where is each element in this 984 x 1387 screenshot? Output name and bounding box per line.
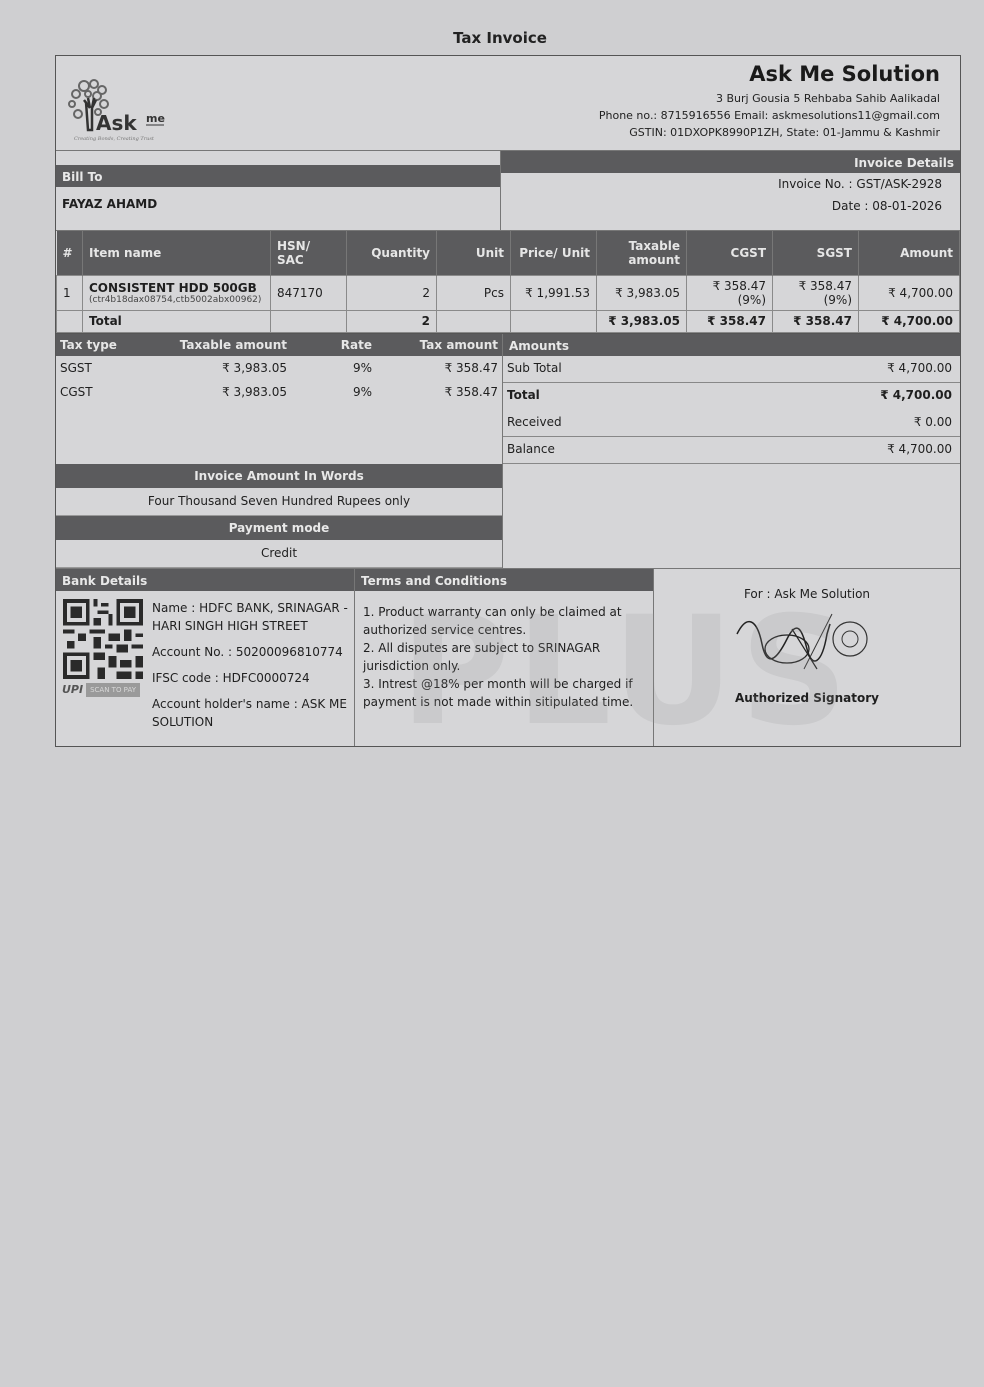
grand-total-label: Total bbox=[507, 388, 540, 405]
col-taxable: Taxable amount bbox=[597, 231, 687, 275]
bill-to-label: Bill To bbox=[56, 165, 500, 187]
item-name: CONSISTENT HDD 500GB bbox=[89, 281, 264, 295]
item-serials: (ctr4b18dax08754,ctb5002abx00962) bbox=[89, 295, 264, 305]
tax-spacer bbox=[56, 404, 502, 460]
tax-rate: 9% bbox=[291, 356, 376, 380]
document-title: Tax Invoice bbox=[0, 29, 984, 47]
company-info: Ask Me Solution 3 Burj Gousia 5 Rehbaba … bbox=[599, 62, 940, 141]
invoice-number: Invoice No. : GST/ASK-2928 bbox=[501, 173, 960, 195]
for-company-line: For : Ask Me Solution bbox=[654, 587, 960, 601]
blank-panel bbox=[503, 464, 960, 568]
amount-words-value: Four Thousand Seven Hundred Rupees only bbox=[56, 488, 502, 516]
words-payment-section: Invoice Amount In Words Four Thousand Se… bbox=[56, 464, 960, 568]
sub-total-row: Sub Total ₹ 4,700.00 bbox=[503, 356, 960, 383]
table-row: SGST ₹ 3,983.05 9% ₹ 358.47 bbox=[56, 356, 502, 380]
sgst-rate: (9%) bbox=[779, 293, 852, 307]
amounts-panel: Amounts Sub Total ₹ 4,700.00 Total ₹ 4,7… bbox=[503, 334, 960, 464]
total-taxable: ₹ 3,983.05 bbox=[597, 310, 687, 332]
bank-details-panel: Bank Details bbox=[56, 569, 355, 746]
terms-item-2: 2. All disputes are subject to SRINAGAR … bbox=[363, 639, 645, 675]
row-item-name: CONSISTENT HDD 500GB (ctr4b18dax08754,ct… bbox=[83, 275, 271, 310]
row-sgst: ₹ 358.47 (9%) bbox=[773, 275, 859, 310]
col-quantity: Quantity bbox=[347, 231, 437, 275]
bill-to-name: FAYAZ AHAMD bbox=[56, 187, 500, 221]
row-taxable: ₹ 3,983.05 bbox=[597, 275, 687, 310]
tax-amounts-section: Tax type Taxable amount Rate Tax amount … bbox=[56, 333, 960, 464]
signatory-panel: For : Ask Me Solution Authorized Signato… bbox=[654, 569, 960, 746]
total-empty-cell bbox=[437, 310, 511, 332]
tax-taxable: ₹ 3,983.05 bbox=[156, 380, 291, 404]
terms-panel: Terms and Conditions 1. Product warranty… bbox=[355, 569, 654, 746]
items-table: # Item name HSN/ SAC Quantity Unit Price… bbox=[56, 231, 960, 333]
scan-to-pay-label: SCAN TO PAY bbox=[86, 683, 140, 697]
total-quantity: 2 bbox=[347, 310, 437, 332]
tax-col-taxable: Taxable amount bbox=[156, 334, 291, 356]
tax-rate: 9% bbox=[291, 380, 376, 404]
col-unit: Unit bbox=[437, 231, 511, 275]
company-name: Ask Me Solution bbox=[599, 62, 940, 86]
authorized-signatory-label: Authorized Signatory bbox=[654, 691, 960, 705]
invoice-date: Date : 08-01-2026 bbox=[501, 195, 960, 217]
terms-label: Terms and Conditions bbox=[355, 569, 653, 591]
total-empty-cell bbox=[271, 310, 347, 332]
received-label: Received bbox=[507, 415, 562, 431]
total-empty-cell bbox=[511, 310, 597, 332]
bank-ifsc: IFSC code : HDFC0000724 bbox=[152, 669, 348, 687]
table-row: CGST ₹ 3,983.05 9% ₹ 358.47 bbox=[56, 380, 502, 404]
bank-account-no: Account No. : 50200096810774 bbox=[152, 643, 348, 661]
col-amount: Amount bbox=[859, 231, 960, 275]
bank-holder: Account holder's name : ASK ME SOLUTION bbox=[152, 695, 348, 731]
svg-text:Creating Bonds, Creating Trust: Creating Bonds, Creating Trust bbox=[74, 136, 155, 142]
col-hsn: HSN/ SAC bbox=[271, 231, 347, 275]
total-row: Total 2 ₹ 3,983.05 ₹ 358.47 ₹ 358.47 ₹ 4… bbox=[57, 310, 960, 332]
sub-total-value: ₹ 4,700.00 bbox=[887, 361, 952, 377]
row-cgst: ₹ 358.47 (9%) bbox=[687, 275, 773, 310]
payment-mode-value: Credit bbox=[56, 540, 502, 568]
upi-qr[interactable]: UPI SCAN TO PAY bbox=[62, 599, 144, 739]
company-logo: Ask me Creating Bonds, Creating Trust bbox=[64, 78, 174, 143]
words-payment-panel: Invoice Amount In Words Four Thousand Se… bbox=[56, 464, 503, 568]
sub-total-label: Sub Total bbox=[507, 361, 562, 377]
sgst-amount: ₹ 358.47 bbox=[779, 279, 852, 293]
upi-badge: UPI SCAN TO PAY bbox=[62, 683, 144, 697]
invoice-details-label: Invoice Details bbox=[501, 151, 960, 173]
cgst-rate: (9%) bbox=[693, 293, 766, 307]
row-quantity: 2 bbox=[347, 275, 437, 310]
row-price-unit: ₹ 1,991.53 bbox=[511, 275, 597, 310]
total-cgst: ₹ 358.47 bbox=[687, 310, 773, 332]
balance-label: Balance bbox=[507, 442, 555, 458]
terms-item-3: 3. Intrest @18% per month will be charge… bbox=[363, 675, 645, 711]
company-address: 3 Burj Gousia 5 Rehbaba Sahib Aalikadal bbox=[599, 90, 940, 107]
svg-text:Ask: Ask bbox=[96, 111, 137, 135]
col-price-unit: Price/ Unit bbox=[511, 231, 597, 275]
company-contact: Phone no.: 8715916556 Email: askmesoluti… bbox=[599, 107, 940, 124]
tax-type: SGST bbox=[56, 356, 156, 380]
total-label: Total bbox=[83, 310, 271, 332]
invoice-details-panel: Invoice Details Invoice No. : GST/ASK-29… bbox=[501, 151, 960, 230]
payment-mode-label: Payment mode bbox=[56, 516, 502, 540]
col-sgst: SGST bbox=[773, 231, 859, 275]
bill-invoice-section: Bill To FAYAZ AHAMD Invoice Details Invo… bbox=[56, 151, 960, 231]
row-index: 1 bbox=[57, 275, 83, 310]
balance-value: ₹ 4,700.00 bbox=[887, 442, 952, 458]
bank-details-label: Bank Details bbox=[56, 569, 354, 591]
bank-info: Name : HDFC BANK, SRINAGAR - HARI SINGH … bbox=[152, 599, 348, 739]
received-row: Received ₹ 0.00 bbox=[503, 410, 960, 437]
terms-item-1: 1. Product warranty can only be claimed … bbox=[363, 603, 645, 639]
col-cgst: CGST bbox=[687, 231, 773, 275]
qr-code-icon bbox=[62, 599, 144, 679]
grand-total-value: ₹ 4,700.00 bbox=[880, 388, 952, 405]
svg-text:me: me bbox=[146, 112, 165, 125]
table-row: 1 CONSISTENT HDD 500GB (ctr4b18dax08754,… bbox=[57, 275, 960, 310]
row-hsn: 847170 bbox=[271, 275, 347, 310]
signature-stamp-icon bbox=[732, 609, 882, 679]
items-header-row: # Item name HSN/ SAC Quantity Unit Price… bbox=[57, 231, 960, 275]
row-unit: Pcs bbox=[437, 275, 511, 310]
total-empty-cell bbox=[57, 310, 83, 332]
total-sgst: ₹ 358.47 bbox=[773, 310, 859, 332]
grand-total-row: Total ₹ 4,700.00 bbox=[503, 383, 960, 410]
invoice-footer: Bank Details bbox=[56, 568, 960, 746]
tree-hand-logo-icon: Ask me Creating Bonds, Creating Trust bbox=[64, 78, 174, 143]
bank-name: Name : HDFC BANK, SRINAGAR - HARI SINGH … bbox=[152, 599, 348, 635]
balance-row: Balance ₹ 4,700.00 bbox=[503, 437, 960, 464]
tax-table: Tax type Taxable amount Rate Tax amount … bbox=[56, 334, 502, 460]
invoice-sheet: Ask me Creating Bonds, Creating Trust As… bbox=[55, 55, 961, 747]
col-index: # bbox=[57, 231, 83, 275]
tax-amount: ₹ 358.47 bbox=[376, 356, 502, 380]
tax-type: CGST bbox=[56, 380, 156, 404]
invoice-header: Ask me Creating Bonds, Creating Trust As… bbox=[56, 56, 960, 151]
col-item-name: Item name bbox=[83, 231, 271, 275]
tax-summary: Tax type Taxable amount Rate Tax amount … bbox=[56, 334, 503, 464]
company-gstin: GSTIN: 01DXOPK8990P1ZH, State: 01-Jammu … bbox=[599, 124, 940, 141]
tax-taxable: ₹ 3,983.05 bbox=[156, 356, 291, 380]
tax-col-amount: Tax amount bbox=[376, 334, 502, 356]
total-amount: ₹ 4,700.00 bbox=[859, 310, 960, 332]
amounts-label: Amounts bbox=[503, 334, 960, 356]
upi-logo: UPI bbox=[62, 683, 83, 696]
bill-to-panel: Bill To FAYAZ AHAMD bbox=[56, 151, 501, 230]
tax-amount: ₹ 358.47 bbox=[376, 380, 502, 404]
received-value: ₹ 0.00 bbox=[914, 415, 952, 431]
tax-col-rate: Rate bbox=[291, 334, 376, 356]
amount-words-label: Invoice Amount In Words bbox=[56, 464, 502, 488]
row-amount: ₹ 4,700.00 bbox=[859, 275, 960, 310]
cgst-amount: ₹ 358.47 bbox=[693, 279, 766, 293]
tax-col-type: Tax type bbox=[56, 334, 156, 356]
